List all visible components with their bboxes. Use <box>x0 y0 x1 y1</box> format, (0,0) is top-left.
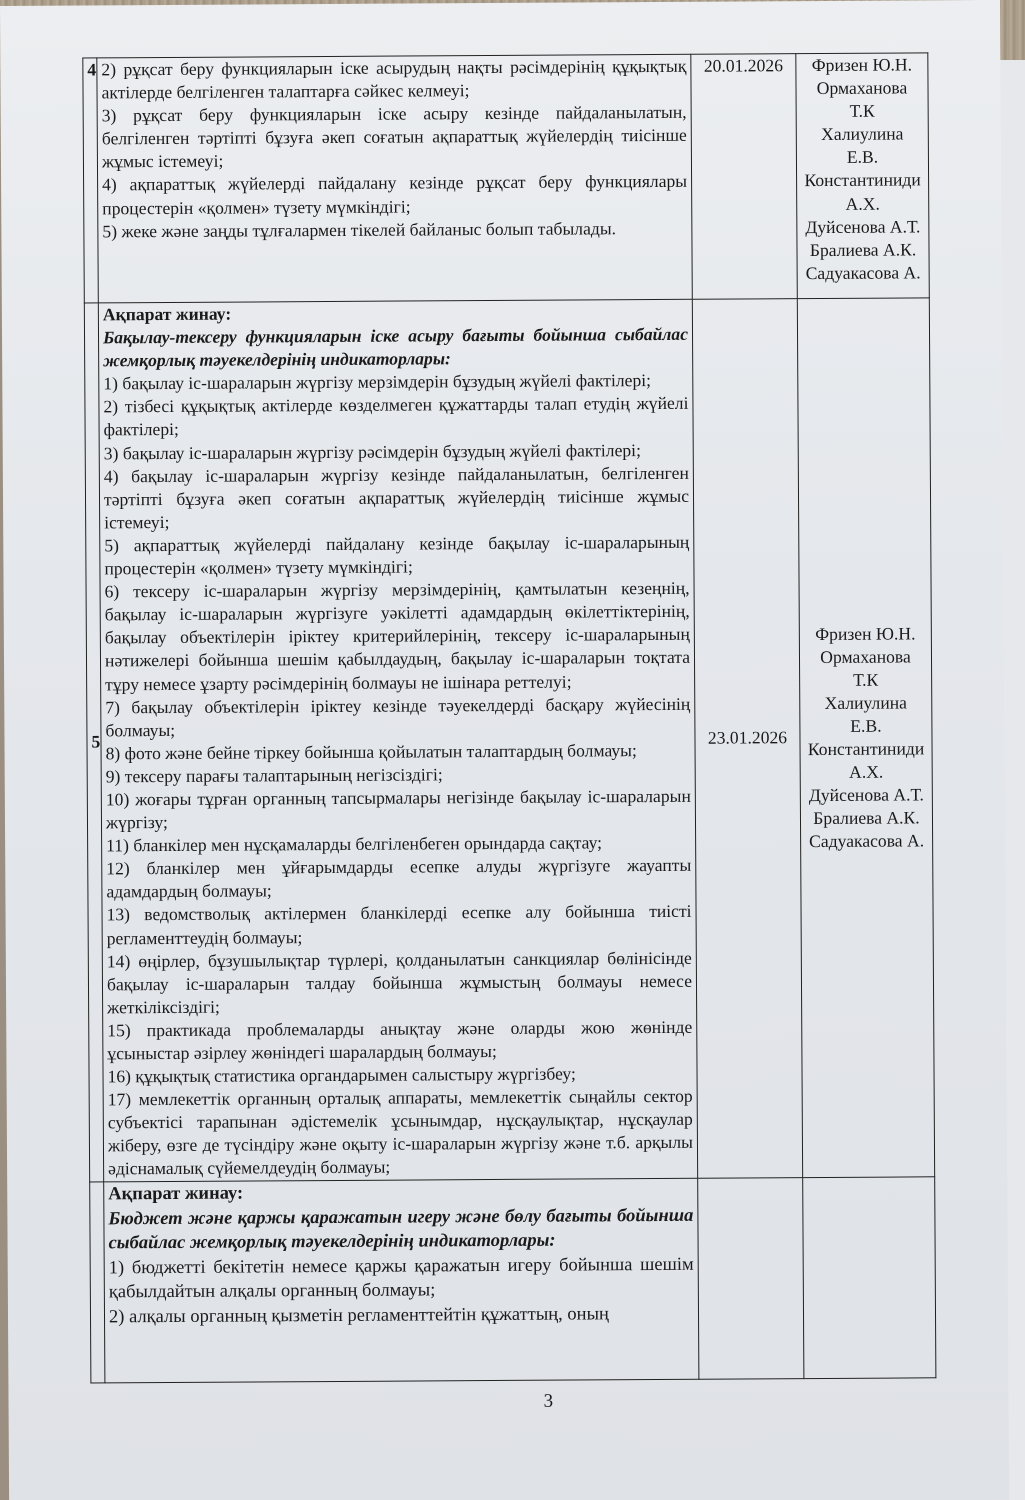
list-item: 7) бақылау объектілерін іріктеу кезінде … <box>105 692 690 742</box>
list-item: 17) мемлекеттік органның орталық аппарат… <box>108 1085 694 1181</box>
responsible-name: Дуйсенова А.Т. <box>805 784 928 808</box>
responsible-name: Е.В. <box>804 714 927 738</box>
responsible-persons: Фризен Ю.Н.ОрмахановаТ.КХалиулинаЕ.В.Кон… <box>797 298 934 1178</box>
responsible-name: Т.К <box>804 668 927 692</box>
measures-table: 4 2) рұқсат беру функцияларын іске асыру… <box>82 52 936 1383</box>
list-item: 1) бюджетті бекітетін немесе қаржы қараж… <box>109 1252 694 1305</box>
list-item: 12) бланкілер мен ұйғарымдарды есепке ал… <box>106 854 691 904</box>
list-item: 4) ақпараттық жүйелерді пайдалану кезінд… <box>102 170 687 220</box>
list-item: 5) ақпараттық жүйелерді пайдалану кезінд… <box>104 531 689 581</box>
deadline-date: 23.01.2026 <box>692 299 802 1179</box>
responsible-name: Бралиева А.К. <box>801 238 924 262</box>
deadline-date: 20.01.2026 <box>691 54 797 300</box>
table-row: Ақпарат жинау: Бюджет және қаржы қаражат… <box>90 1177 936 1383</box>
list-item: 2) рұқсат беру функцияларын іске асыруды… <box>101 55 686 105</box>
responsible-persons: Фризен Ю.Н.ОрмахановаТ.КХалиулинаЕ.В.Кон… <box>796 53 929 299</box>
responsible-name: Фризен Ю.Н. <box>800 53 923 77</box>
document-page: 4 2) рұқсат беру функцияларын іске асыру… <box>0 0 1009 1500</box>
list-item: 6) тексеру іс-шараларын жүргізу мерзімде… <box>105 577 691 696</box>
deadline-date <box>698 1178 804 1380</box>
table-row: 4 2) рұқсат беру функцияларын іске асыру… <box>83 53 929 303</box>
measure-description: Ақпарат жинау: Бюджет және қаржы қаражат… <box>104 1178 699 1383</box>
list-item: 2) тізбесі құқықтық актілерде көзделмеге… <box>103 392 688 442</box>
list-item: 10) жоғары тұрған органның тапсырмалары … <box>106 785 691 835</box>
list-item: 3) рұқсат беру функцияларын іске асыру к… <box>102 101 687 174</box>
responsible-name: Фризен Ю.Н. <box>804 622 927 646</box>
responsible-name: Дуйсенова А.Т. <box>801 215 924 239</box>
list-item: 5) жеке және заңды тұлғалармен тікелей б… <box>102 216 687 243</box>
responsible-persons <box>803 1177 936 1379</box>
section-heading: Ақпарат жинау: <box>108 1179 693 1207</box>
responsible-name: Т.К <box>801 100 924 124</box>
list-item: 15) практикада проблемаларды анықтау жән… <box>107 1016 692 1066</box>
responsible-name: Садуакасова А. <box>802 261 925 285</box>
measure-description: Ақпарат жинау: Бақылау-тексеру функцияла… <box>98 299 697 1182</box>
responsible-name: Константиниди <box>804 737 927 761</box>
measure-description: 2) рұқсат беру функцияларын іске асыруды… <box>97 54 692 303</box>
table-row: 5 Ақпарат жинау: Бақылау-тексеру функция… <box>84 298 934 1182</box>
indicator-list: 1) бюджетті бекітетін немесе қаржы қараж… <box>109 1252 694 1329</box>
responsible-name: Константиниди <box>801 169 924 193</box>
page-number: 3 <box>543 1391 553 1413</box>
list-item: 8) фото және бейне тіркеу бойынша қойыла… <box>105 739 690 766</box>
responsible-name: Бралиева А.К. <box>805 807 928 831</box>
responsible-name: А.Х. <box>805 760 928 784</box>
indicator-list: 1) бақылау іс-шараларын жүргізу мерзімде… <box>103 369 693 1181</box>
list-item: 3) бақылау іс-шараларын жүргізу рәсімдер… <box>104 438 689 465</box>
section-subheading: Бақылау-тексеру функцияларын іске асыру … <box>103 323 688 373</box>
row-number <box>90 1182 105 1383</box>
list-item: 2) алқалы органның қызметін регламенттей… <box>109 1301 694 1329</box>
responsible-name: А.Х. <box>801 192 924 216</box>
row-number: 4 <box>83 58 98 303</box>
responsible-name: Е.В. <box>801 146 924 170</box>
responsible-name: Халиулина <box>801 123 924 147</box>
list-item: 13) ведомстволық актілермен бланкілерді … <box>106 900 691 950</box>
list-item: 4) бақылау іс-шараларын жүргізу кезінде … <box>104 461 689 534</box>
responsible-name: Халиулина <box>804 691 927 715</box>
responsible-name: Ормаханова <box>804 645 927 669</box>
responsible-name: Ормаханова <box>800 76 923 100</box>
responsible-name: Садуакасова А. <box>805 830 928 854</box>
section-subheading: Бюджет және қаржы қаражатын игеру және б… <box>108 1203 693 1256</box>
list-item: 14) өңірлер, бұзушылықтар түрлері, қолда… <box>107 946 692 1019</box>
